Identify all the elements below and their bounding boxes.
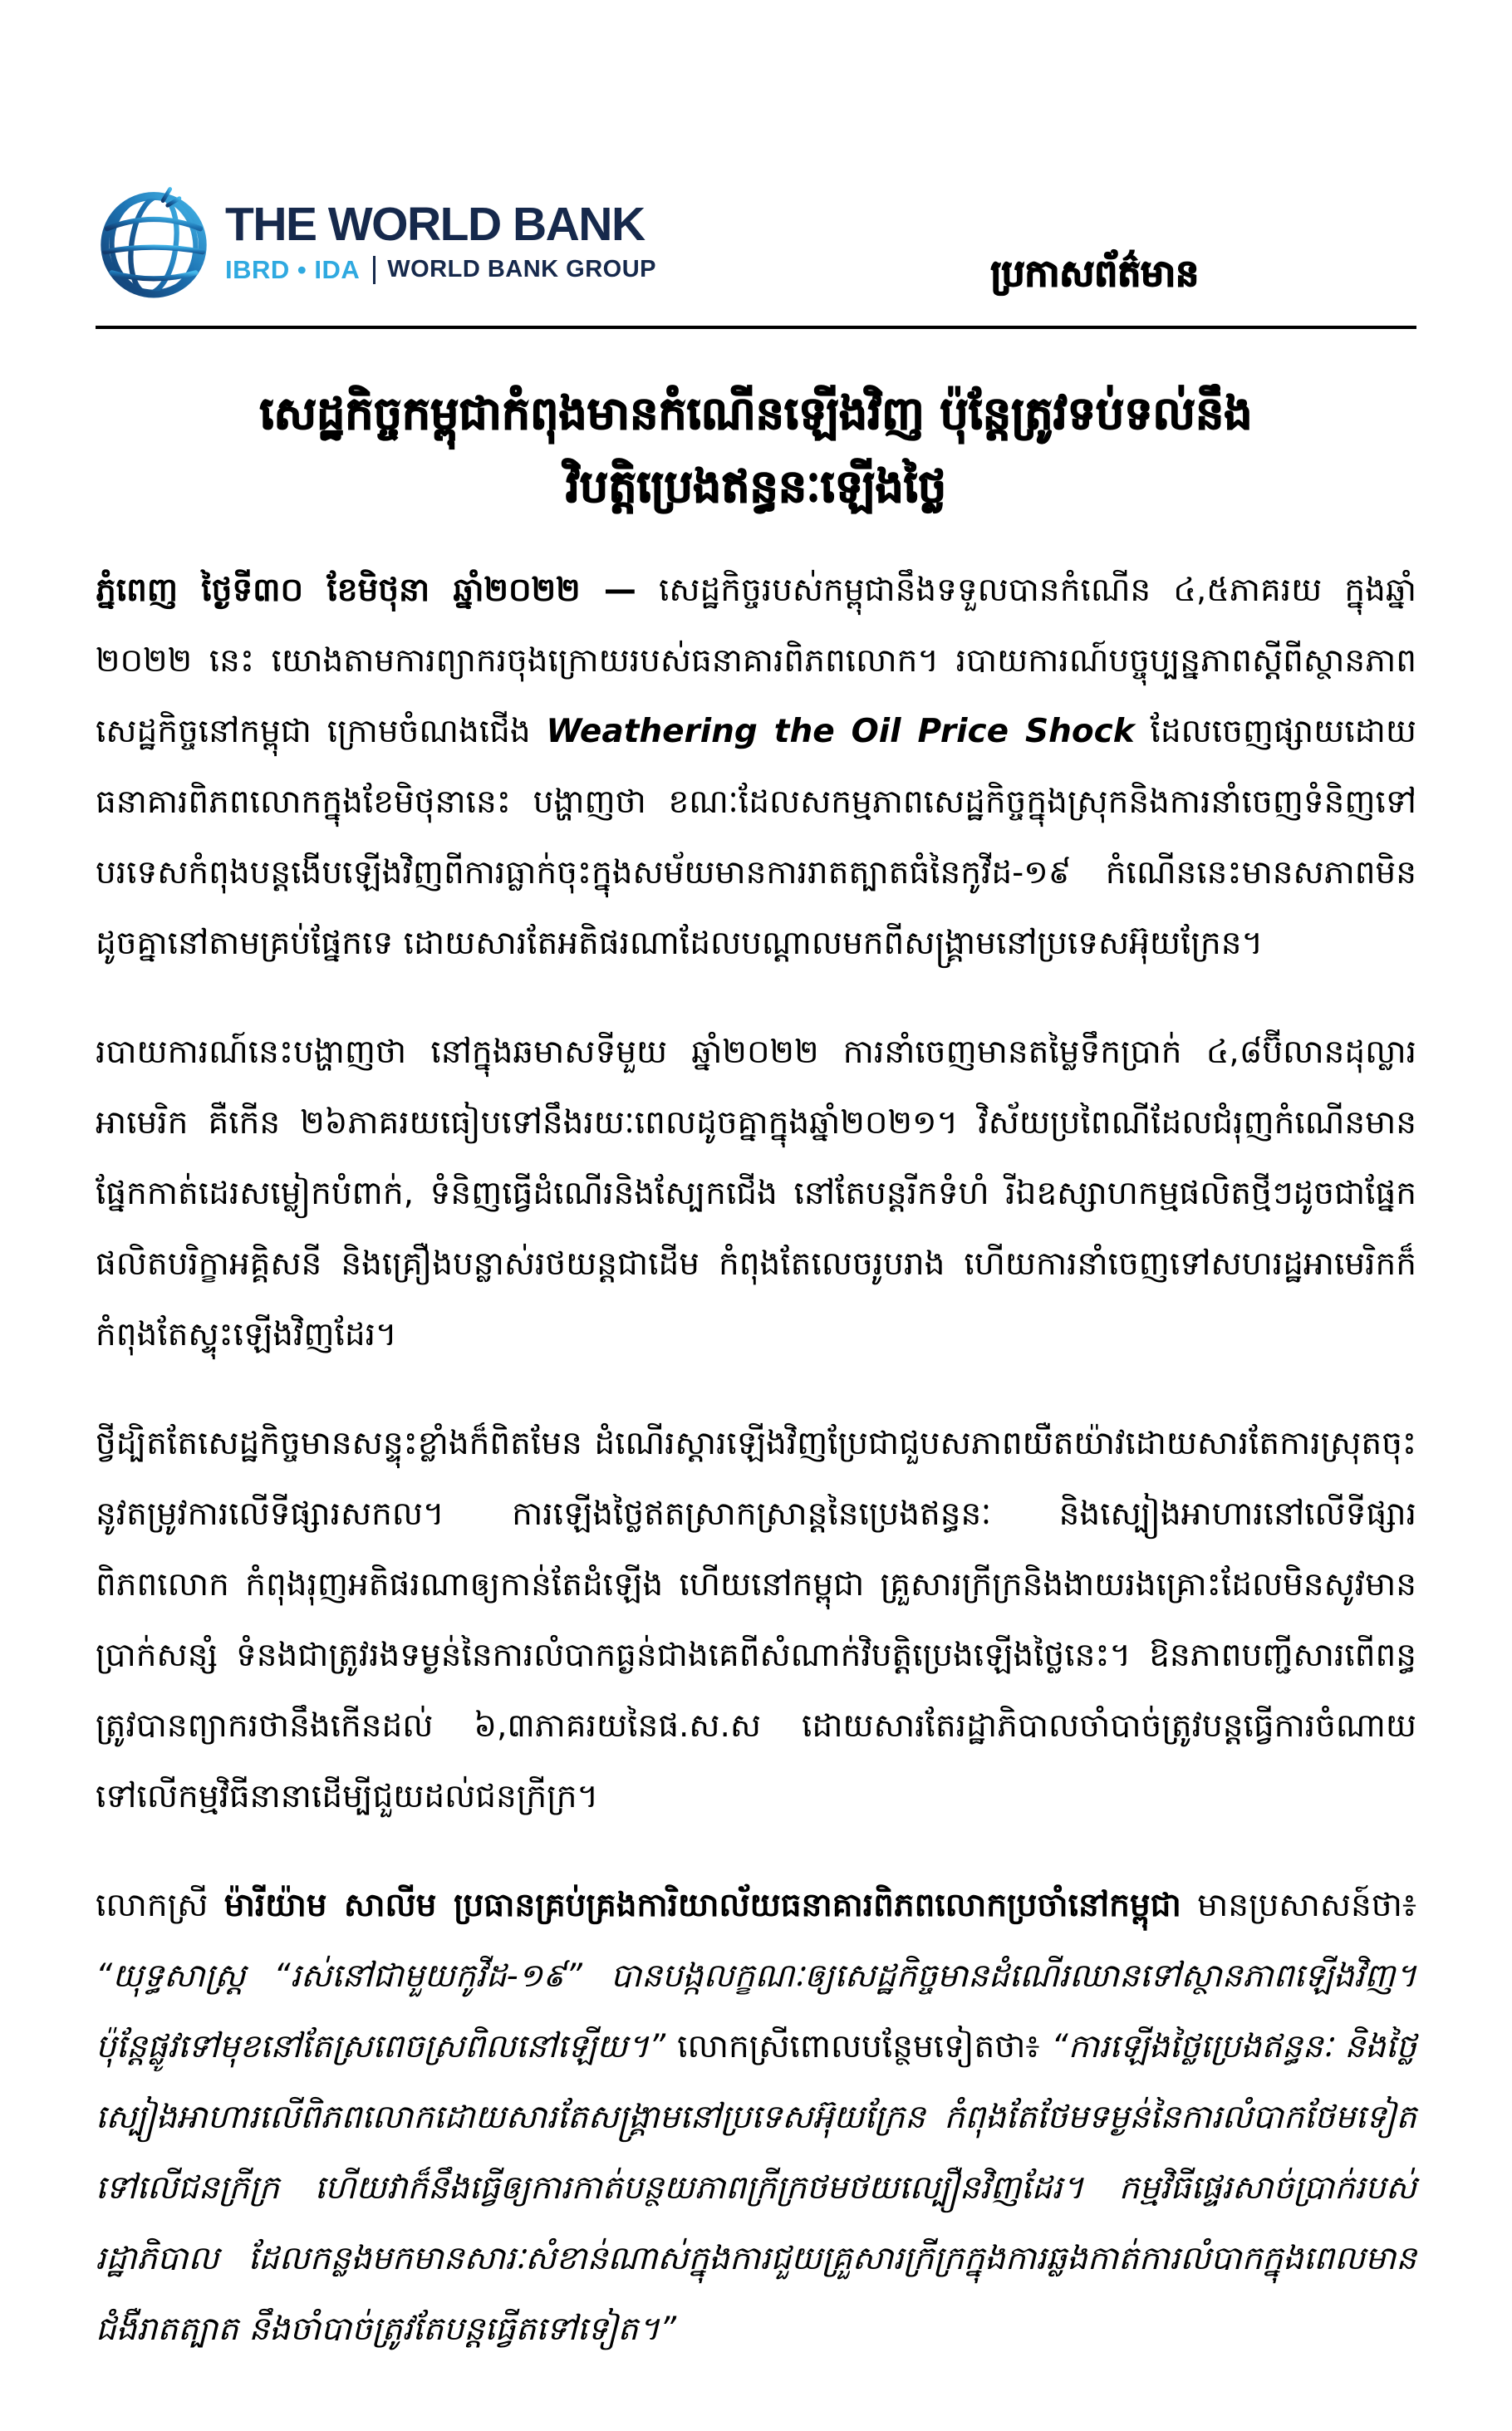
press-release-label: ប្រកាសព័ត៌មាន bbox=[990, 254, 1199, 294]
logo-title: THE WORLD BANK bbox=[225, 200, 656, 250]
text-segment: លោកស្រីពោលបន្ថែមទៀតថា៖ bbox=[665, 2028, 1051, 2065]
header-rule bbox=[96, 326, 1416, 329]
paragraph-4: លោកស្រី ម៉ារីយ៉ាម សាលីម ប្រធានគ្រប់គ្រងក… bbox=[96, 1870, 1416, 2365]
document-header: THE WORLD BANK IBRD • IDA WORLD BANK GRO… bbox=[96, 184, 1416, 301]
press-release-page: THE WORLD BANK IBRD • IDA WORLD BANK GRO… bbox=[0, 0, 1512, 2431]
text-segment: របាយការណ៍នេះបង្ហាញថា នៅក្នុងឆមាសទីមួយ ឆ្… bbox=[96, 1034, 1416, 1353]
logo-divider bbox=[373, 256, 376, 284]
text-segment: ថ្វីដ្បិតតែសេដ្ឋកិច្ចមានសន្ទុះខ្លាំងក៏ពិ… bbox=[96, 1425, 1416, 1815]
logo-group-label: WORLD BANK GROUP bbox=[387, 256, 656, 283]
logo-text: THE WORLD BANK IBRD • IDA WORLD BANK GRO… bbox=[225, 200, 656, 285]
text-segment: Weathering the Oil Price Shock bbox=[546, 713, 1134, 750]
paragraph-1: ភ្នំពេញ ថ្ងៃទី៣០ ខែមិថុនា ឆ្នាំ២០២២ — សេ… bbox=[96, 555, 1416, 979]
text-segment: ដែលចេញផ្សាយដោយធនាគារពិភពលោកក្នុងខែមិថុនា… bbox=[96, 713, 1416, 962]
world-bank-logo: THE WORLD BANK IBRD • IDA WORLD BANK GRO… bbox=[96, 184, 656, 301]
text-segment: មានប្រសាសន៍ថា៖ bbox=[1181, 1887, 1416, 1924]
document-title-line1: សេដ្ឋកិច្ចកម្ពុជាកំពុងមានកំណើនឡើងវិញ ប៉ុ… bbox=[259, 387, 1252, 440]
document-title: សេដ្ឋកិច្ចកម្ពុជាកំពុងមានកំណើនឡើងវិញ ប៉ុ… bbox=[96, 377, 1416, 523]
globe-icon bbox=[96, 184, 212, 301]
document-title-line2: វិបត្តិប្រេងឥន្ធនៈឡើងថ្លៃ bbox=[566, 460, 946, 513]
paragraph-3: ថ្វីដ្បិតតែសេដ្ឋកិច្ចមានសន្ទុះខ្លាំងក៏ពិ… bbox=[96, 1408, 1416, 1832]
text-segment: ភ្នំពេញ ថ្ងៃទី៣០ ខែមិថុនា ឆ្នាំ២០២២ — bbox=[96, 572, 636, 609]
text-segment: ម៉ារីយ៉ាម សាលីម ប្រធានគ្រប់គ្រងការិយាល័យ… bbox=[224, 1887, 1181, 1924]
document-body: ភ្នំពេញ ថ្ងៃទី៣០ ខែមិថុនា ឆ្នាំ២០២២ — សេ… bbox=[96, 555, 1416, 2365]
paragraph-2: របាយការណ៍នេះបង្ហាញថា នៅក្នុងឆមាសទីមួយ ឆ្… bbox=[96, 1017, 1416, 1370]
logo-ibrd-ida-label: IBRD • IDA bbox=[225, 255, 360, 285]
text-segment: “ការឡើងថ្លៃប្រេងឥន្ធនៈ និងថ្លៃស្បៀងអាហារ… bbox=[96, 2028, 1416, 2348]
logo-subtitle: IBRD • IDA WORLD BANK GROUP bbox=[225, 255, 656, 285]
text-segment: លោកស្រី bbox=[96, 1887, 224, 1924]
